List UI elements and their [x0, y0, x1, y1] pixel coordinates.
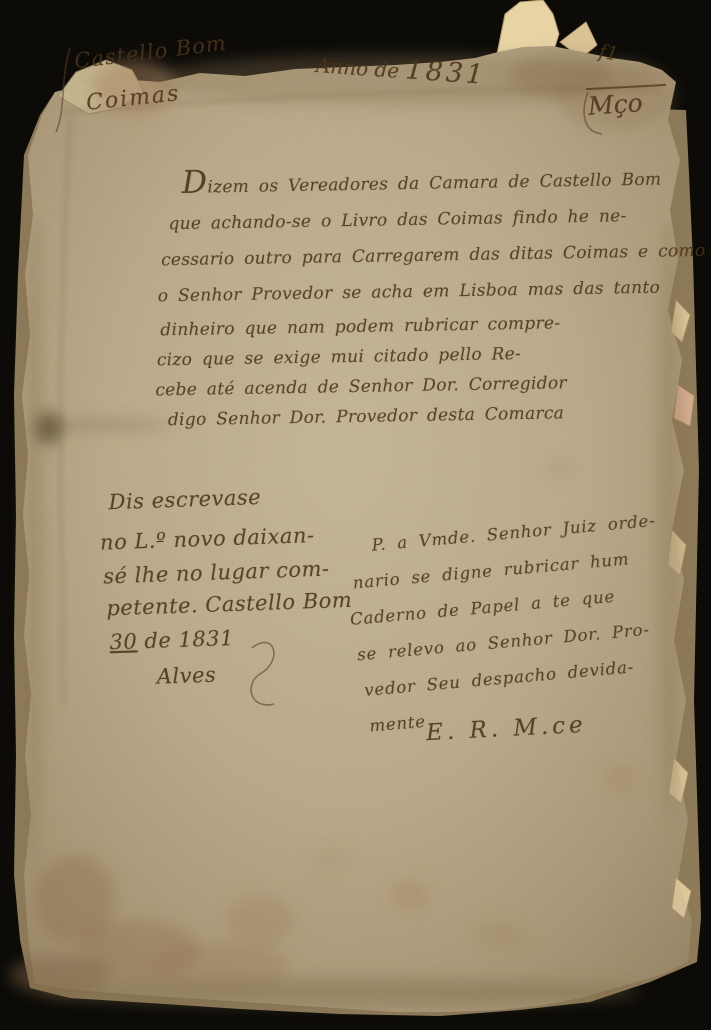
despacho-date: 30 de 1831	[109, 626, 234, 654]
despacho-block: Dis escrevase no L.º novo daixan- sé lhe…	[98, 482, 366, 711]
signature: Alves	[156, 663, 216, 689]
petition-line: cessario outro para Carregarem das ditas…	[161, 241, 706, 270]
despacho-line: Dis escrevase	[108, 485, 261, 514]
petition-line: o Senhor Provedor se acha em Lisboa mas …	[158, 278, 661, 307]
despacho-date-day: 30	[109, 629, 138, 654]
folio-mark: f1	[597, 41, 620, 66]
despacho-date-rest: de 1831	[144, 626, 234, 653]
despacho-line: no L.º novo daixan-	[100, 523, 315, 554]
petition-line: que achando-se o Livro das Coimas findo …	[168, 206, 626, 234]
despacho-line: petente. Castello Bom	[106, 588, 353, 621]
petition-line: dinheiro que nam podem rubricar compre-	[160, 313, 560, 340]
year-heading-value: 1831	[405, 54, 488, 91]
petition-line: digo Senhor Dor. Provedor desta Comarca	[168, 403, 565, 430]
petition-line: cizo que se exige mui citado pello Re-	[157, 344, 522, 370]
request-line: se relevo ao Senhor Dor. Pro-	[356, 620, 650, 665]
request-line: nario se digne rubricar hum	[352, 549, 630, 592]
request-line: Caderno de Papel a te que	[349, 587, 615, 629]
bundle-mark: Mço	[587, 88, 644, 121]
petition-paragraph: Dizem os Vereadores da Camara de Castell…	[148, 169, 673, 448]
year-heading-label: Anno de	[315, 53, 400, 83]
request-line: mente	[369, 712, 427, 736]
despacho-line: sé lhe no lugar com-	[103, 557, 330, 589]
petition-line: cebe até acenda de Senhor Dor. Corregido…	[155, 373, 567, 400]
photo-background: Castello Bom Coimas Anno de 1831 f1 Mço …	[0, 0, 711, 1030]
request-line: vedor Seu despacho devida-	[364, 657, 635, 700]
